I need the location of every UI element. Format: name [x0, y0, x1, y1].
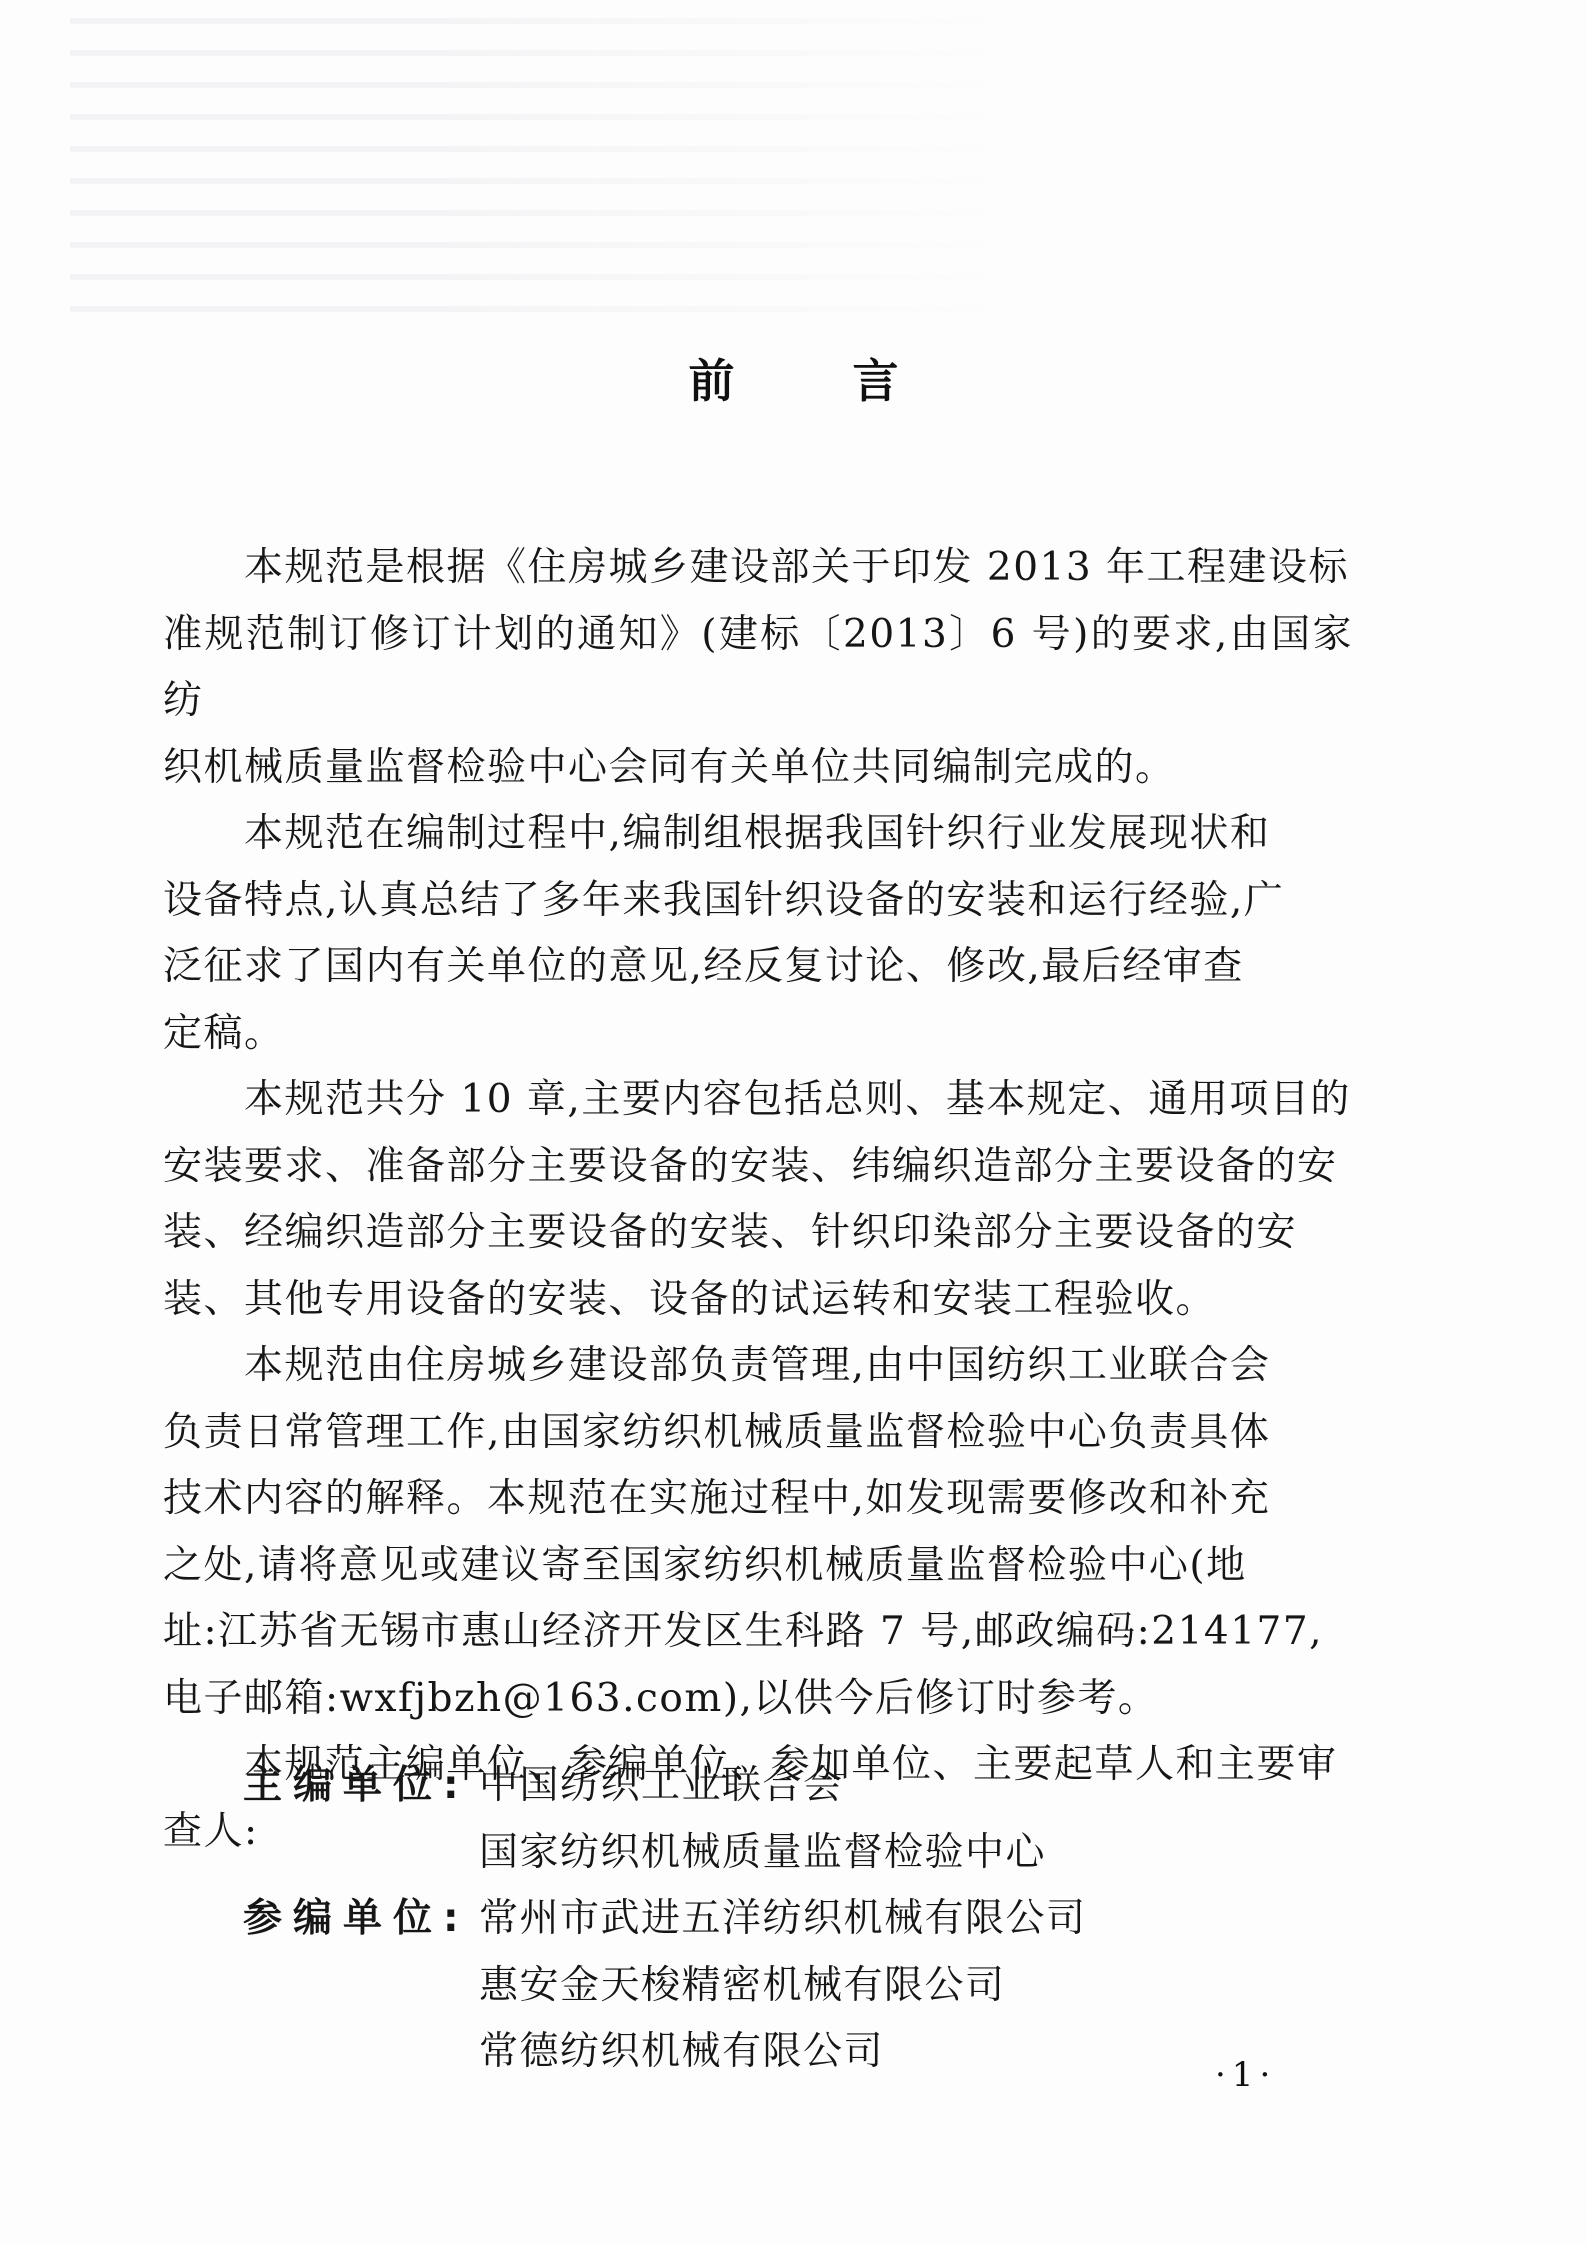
chief-editor-row-cont: 国家纺织机械质量监督检验中心: [243, 1820, 1087, 1887]
text-line: 设备特点,认真总结了多年来我国针织设备的安装和运行经验,广: [163, 868, 1353, 935]
text-line: 之处,请将意见或建议寄至国家纺织机械质量监督检验中心(地: [163, 1533, 1353, 1600]
text-line: 本规范是根据《住房城乡建设部关于印发 2013 年工程建设标: [163, 535, 1353, 602]
text-line: 定稿。: [163, 1001, 1353, 1068]
document-page: 前言 本规范是根据《住房城乡建设部关于印发 2013 年工程建设标 准规范制订修…: [0, 0, 1587, 2245]
text-line: 址:江苏省无锡市惠山经济开发区生科路 7 号,邮政编码:214177,: [163, 1599, 1353, 1666]
page-number: ·1·: [1215, 2055, 1276, 2095]
chief-editor-row: 主编单位: 中国纺织工业联合会: [243, 1753, 1087, 1820]
text-line: 负责日常管理工作,由国家纺织机械质量监督检验中心负责具体: [163, 1400, 1353, 1467]
text-line: 准规范制订修订计划的通知》(建标〔2013〕6 号)的要求,由国家纺: [163, 602, 1353, 735]
text-line: 本规范由住房城乡建设部负责管理,由中国纺织工业联合会: [163, 1333, 1353, 1400]
text-line: 电子邮箱:wxfjbzh@163.com),以供今后修订时参考。: [163, 1666, 1353, 1733]
text-line: 泛征求了国内有关单位的意见,经反复讨论、修改,最后经审查: [163, 934, 1353, 1001]
bleed-through-texture: [70, 0, 1020, 330]
text-line: 装、其他专用设备的安装、设备的试运转和安装工程验收。: [163, 1267, 1353, 1334]
editing-units-list: 主编单位: 中国纺织工业联合会 国家纺织机械质量监督检验中心 参编单位: 常州市…: [243, 1753, 1087, 2086]
text-line: 本规范共分 10 章,主要内容包括总则、基本规定、通用项目的: [163, 1067, 1353, 1134]
participating-editor-row-cont: 惠安金天梭精密机械有限公司: [243, 1953, 1087, 2020]
participating-editor-row-cont: 常德纺织机械有限公司: [243, 2019, 1087, 2086]
page-title: 前言: [0, 345, 1587, 411]
participating-editor-unit: 常州市武进五洋纺织机械有限公司: [479, 1886, 1087, 1953]
text-line: 安装要求、准备部分主要设备的安装、纬编织造部分主要设备的安: [163, 1134, 1353, 1201]
participating-editor-row: 参编单位: 常州市武进五洋纺织机械有限公司: [243, 1886, 1087, 1953]
participating-editor-label: 参编单位:: [243, 1886, 479, 1953]
chief-editor-unit: 中国纺织工业联合会: [479, 1753, 844, 1820]
text-line: 本规范在编制过程中,编制组根据我国针织行业发展现状和: [163, 801, 1353, 868]
chief-editor-unit: 国家纺织机械质量监督检验中心: [479, 1820, 1046, 1887]
text-line: 装、经编织造部分主要设备的安装、针织印染部分主要设备的安: [163, 1200, 1353, 1267]
participating-editor-unit: 惠安金天梭精密机械有限公司: [479, 1953, 1006, 2020]
preface-body: 本规范是根据《住房城乡建设部关于印发 2013 年工程建设标 准规范制订修订计划…: [163, 535, 1353, 1865]
text-line: 织机械质量监督检验中心会同有关单位共同编制完成的。: [163, 735, 1353, 802]
participating-editor-unit: 常德纺织机械有限公司: [479, 2019, 884, 2086]
chief-editor-label: 主编单位:: [243, 1753, 479, 1820]
text-line: 技术内容的解释。本规范在实施过程中,如发现需要修改和补充: [163, 1466, 1353, 1533]
